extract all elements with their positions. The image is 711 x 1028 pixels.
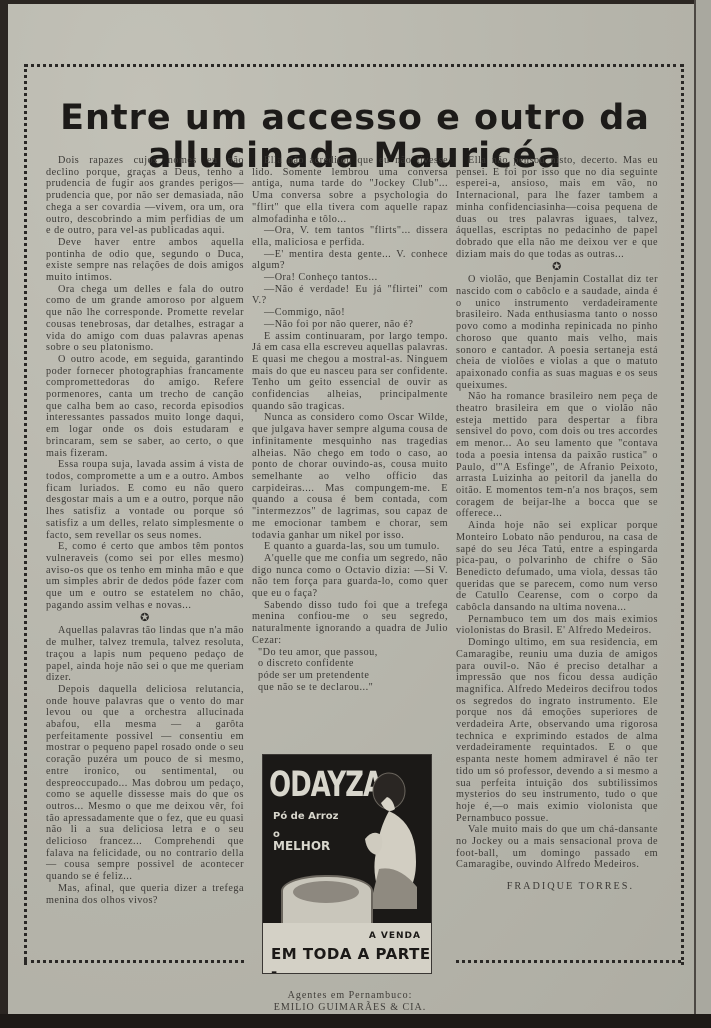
- powder-box-lid-icon: [293, 881, 359, 903]
- paragraph: Pernambuco tem um dos mais eximios violo…: [456, 614, 658, 637]
- verse-line: póde ser um pretendente: [252, 670, 448, 682]
- column-1: Dois rapazes cujos nomes eu não declino …: [46, 155, 244, 906]
- dialogue-line: —Ora! Conheço tantos...: [252, 272, 448, 284]
- paragraph: Essa roupa suja, lavada assim á vista de…: [46, 459, 244, 541]
- column-2: Ella não acreditou que eu não tivesse li…: [252, 155, 448, 693]
- paragraph: Sabendo disso tudo foi que a trefega men…: [252, 600, 448, 647]
- paragraph: Dois rapazes cujos nomes eu não declino …: [46, 155, 244, 237]
- paragraph: Ella não pensou nisto, decerto. Mas eu p…: [456, 155, 658, 260]
- ad-banner-large: EM TODA A PARTE -: [271, 945, 431, 974]
- verse-line: que não se te declarou...": [252, 682, 448, 694]
- page-footer: Agentes em Pernambuco: EMILIO GUIMARÃES …: [200, 990, 500, 1014]
- dialogue-line: —Não foi por não querer, não é?: [252, 319, 448, 331]
- paragraph: A'quelle que me confia um segredo, não d…: [252, 553, 448, 600]
- ad-claim: MELHOR: [273, 839, 330, 853]
- paragraph: Deve haver entre ambos aquella pontinha …: [46, 237, 244, 284]
- paragraph: Aquellas palavras tão lindas que n'a mão…: [46, 625, 244, 684]
- author-signature: FRADIQUE TORRES.: [456, 881, 658, 893]
- paragraph: Nunca as considero como Oscar Wilde, que…: [252, 412, 448, 541]
- paragraph: E quanto a guarda-las, sou um tumulo.: [252, 541, 448, 553]
- ad-product: Pó de Arroz: [273, 811, 338, 822]
- paragraph: Ella não acreditou que eu não tivesse li…: [252, 155, 448, 225]
- scan-background: [0, 1014, 711, 1028]
- paragraph: Não ha romance brasileiro nem peça de th…: [456, 391, 658, 520]
- bottom-dotted-rule-left: [24, 960, 244, 963]
- paragraph: Mas, afinal, que queria dizer a trefega …: [46, 883, 244, 906]
- verse-line: o discreto confidente: [252, 658, 448, 670]
- dialogue-line: —Commigo, não!: [252, 307, 448, 319]
- paragraph: Depois daquella deliciosa relutancia, on…: [46, 684, 244, 883]
- dialogue-line: —Ora, V. tem tantos "flirts"... dissera …: [252, 225, 448, 248]
- paragraph: Ora chega um delles e fala do outro como…: [46, 284, 244, 354]
- bottom-dotted-rule-right: [456, 960, 681, 963]
- dialogue-line: —E' mentira desta gente... V. conhece al…: [252, 249, 448, 272]
- section-separator-icon: ✪: [46, 611, 244, 625]
- column-3: Ella não pensou nisto, decerto. Mas eu p…: [456, 155, 658, 893]
- paragraph: O violão, que Benjamin Costallat diz ter…: [456, 274, 658, 391]
- verse-line: "Do teu amor, que passou,: [252, 647, 448, 659]
- paragraph: Domingo ultimo, em sua residencia, em Ca…: [456, 637, 658, 824]
- paragraph: Vale muito mais do que um chá-dansante n…: [456, 824, 658, 871]
- odayza-advertisement: ODAYZA Pó de Arroz o MELHOR A VENDA EM T…: [262, 754, 432, 974]
- paragraph: O outro acode, em seguida, garantindo po…: [46, 354, 244, 459]
- footer-agents-label: Agentes em Pernambuco:: [200, 990, 500, 1002]
- next-page-edge: [694, 0, 711, 1028]
- paragraph: E assim continuaram, por largo tempo. Já…: [252, 331, 448, 413]
- ad-banner-small: A VENDA: [369, 931, 421, 941]
- paragraph: E, como é certo que ambos têm pontos vul…: [46, 541, 244, 611]
- footer-agent-name: EMILIO GUIMARÃES & CIA.: [200, 1002, 500, 1014]
- section-separator-icon: ✪: [456, 260, 658, 274]
- paragraph: Ainda hoje não sei explicar porque Monte…: [456, 520, 658, 614]
- dialogue-line: —Não é verdade! Eu já "flirtei" com V.?: [252, 284, 448, 307]
